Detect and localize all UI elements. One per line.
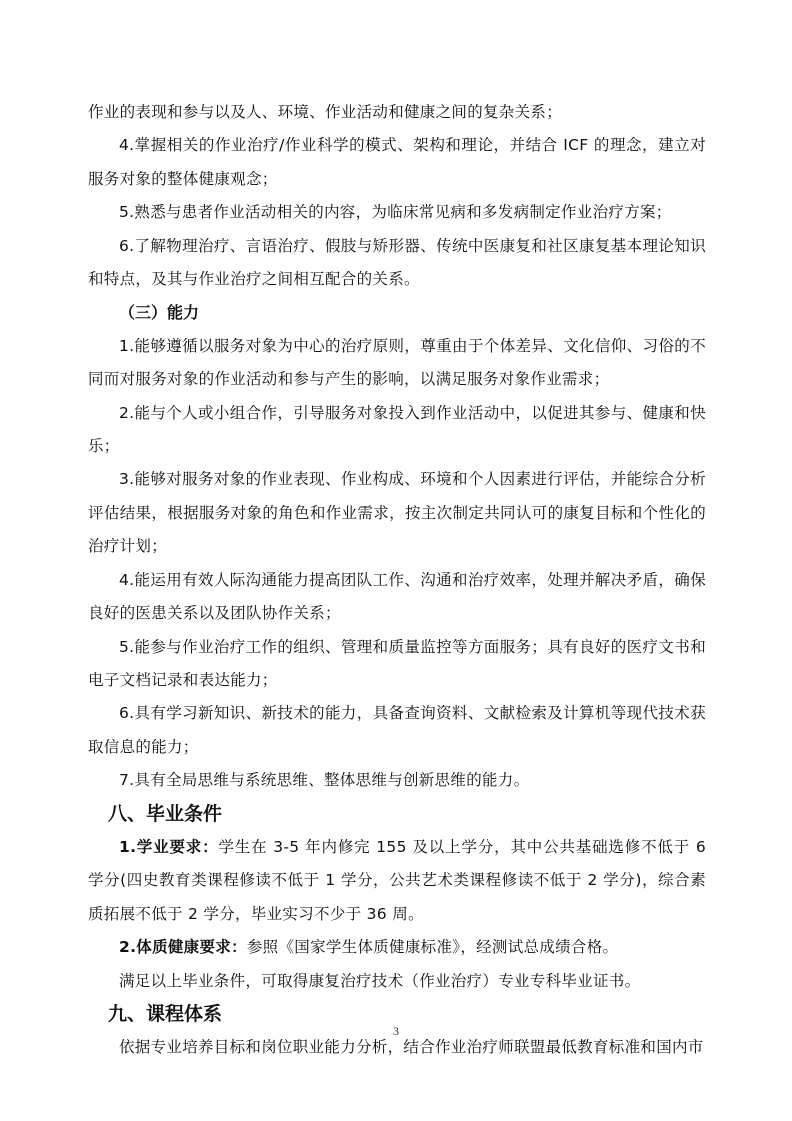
ability-heading: （三）能力 bbox=[88, 296, 706, 329]
certificate-statement: 满足以上毕业条件，可取得康复治疗技术（作业治疗）专业专科毕业证书。 bbox=[88, 965, 706, 998]
health-requirement: 2.体质健康要求：参照《国家学生体质健康标准》，经测试总成绩合格。 bbox=[88, 931, 706, 964]
knowledge-item-4: 4.掌握相关的作业治疗/作业科学的模式、架构和理论，并结合 ICF 的理念，建立… bbox=[88, 129, 706, 196]
page-number: 3 bbox=[0, 1024, 792, 1039]
ability-item-2: 2.能与个人或小组合作，引导服务对象投入到作业活动中，以促进其参与、健康和快乐； bbox=[88, 397, 706, 464]
academic-requirement: 1.学业要求：学生在 3-5 年内修完 155 及以上学分，其中公共基础选修不低… bbox=[88, 831, 706, 931]
academic-requirement-label: 1.学业要求： bbox=[119, 838, 218, 856]
ability-item-1: 1.能够遵循以服务对象为中心的治疗原则，尊重由于个体差异、文化信仰、习俗的不同而… bbox=[88, 330, 706, 397]
ability-item-6: 6.具有学习新知识、新技术的能力，具备查询资料、文献检索及计算机等现代技术获取信… bbox=[88, 697, 706, 764]
knowledge-item-6: 6.了解物理治疗、言语治疗、假肢与矫形器、传统中医康复和社区康复基本理论知识和特… bbox=[88, 230, 706, 297]
graduation-heading: 八、毕业条件 bbox=[88, 798, 706, 831]
ability-item-3: 3.能够对服务对象的作业表现、作业构成、环境和个人因素进行评估，并能综合分析评估… bbox=[88, 463, 706, 563]
ability-item-5: 5.能参与作业治疗工作的组织、管理和质量监控等方面服务；具有良好的医疗文书和电子… bbox=[88, 631, 706, 698]
ability-item-4: 4.能运用有效人际沟通能力提高团队工作、沟通和治疗效率，处理并解决矛盾，确保良好… bbox=[88, 564, 706, 631]
knowledge-item-5: 5.熟悉与患者作业活动相关的内容，为临床常见病和多发病制定作业治疗方案； bbox=[88, 196, 706, 229]
ability-item-7: 7.具有全局思维与系统思维、整体思维与创新思维的能力。 bbox=[88, 764, 706, 797]
document-page: 作业的表现和参与以及人、环境、作业活动和健康之间的复杂关系； 4.掌握相关的作业… bbox=[88, 96, 706, 1065]
knowledge-continuation-line: 作业的表现和参与以及人、环境、作业活动和健康之间的复杂关系； bbox=[88, 96, 706, 129]
health-requirement-text: 参照《国家学生体质健康标准》，经测试总成绩合格。 bbox=[247, 938, 618, 956]
health-requirement-label: 2.体质健康要求： bbox=[119, 938, 247, 956]
